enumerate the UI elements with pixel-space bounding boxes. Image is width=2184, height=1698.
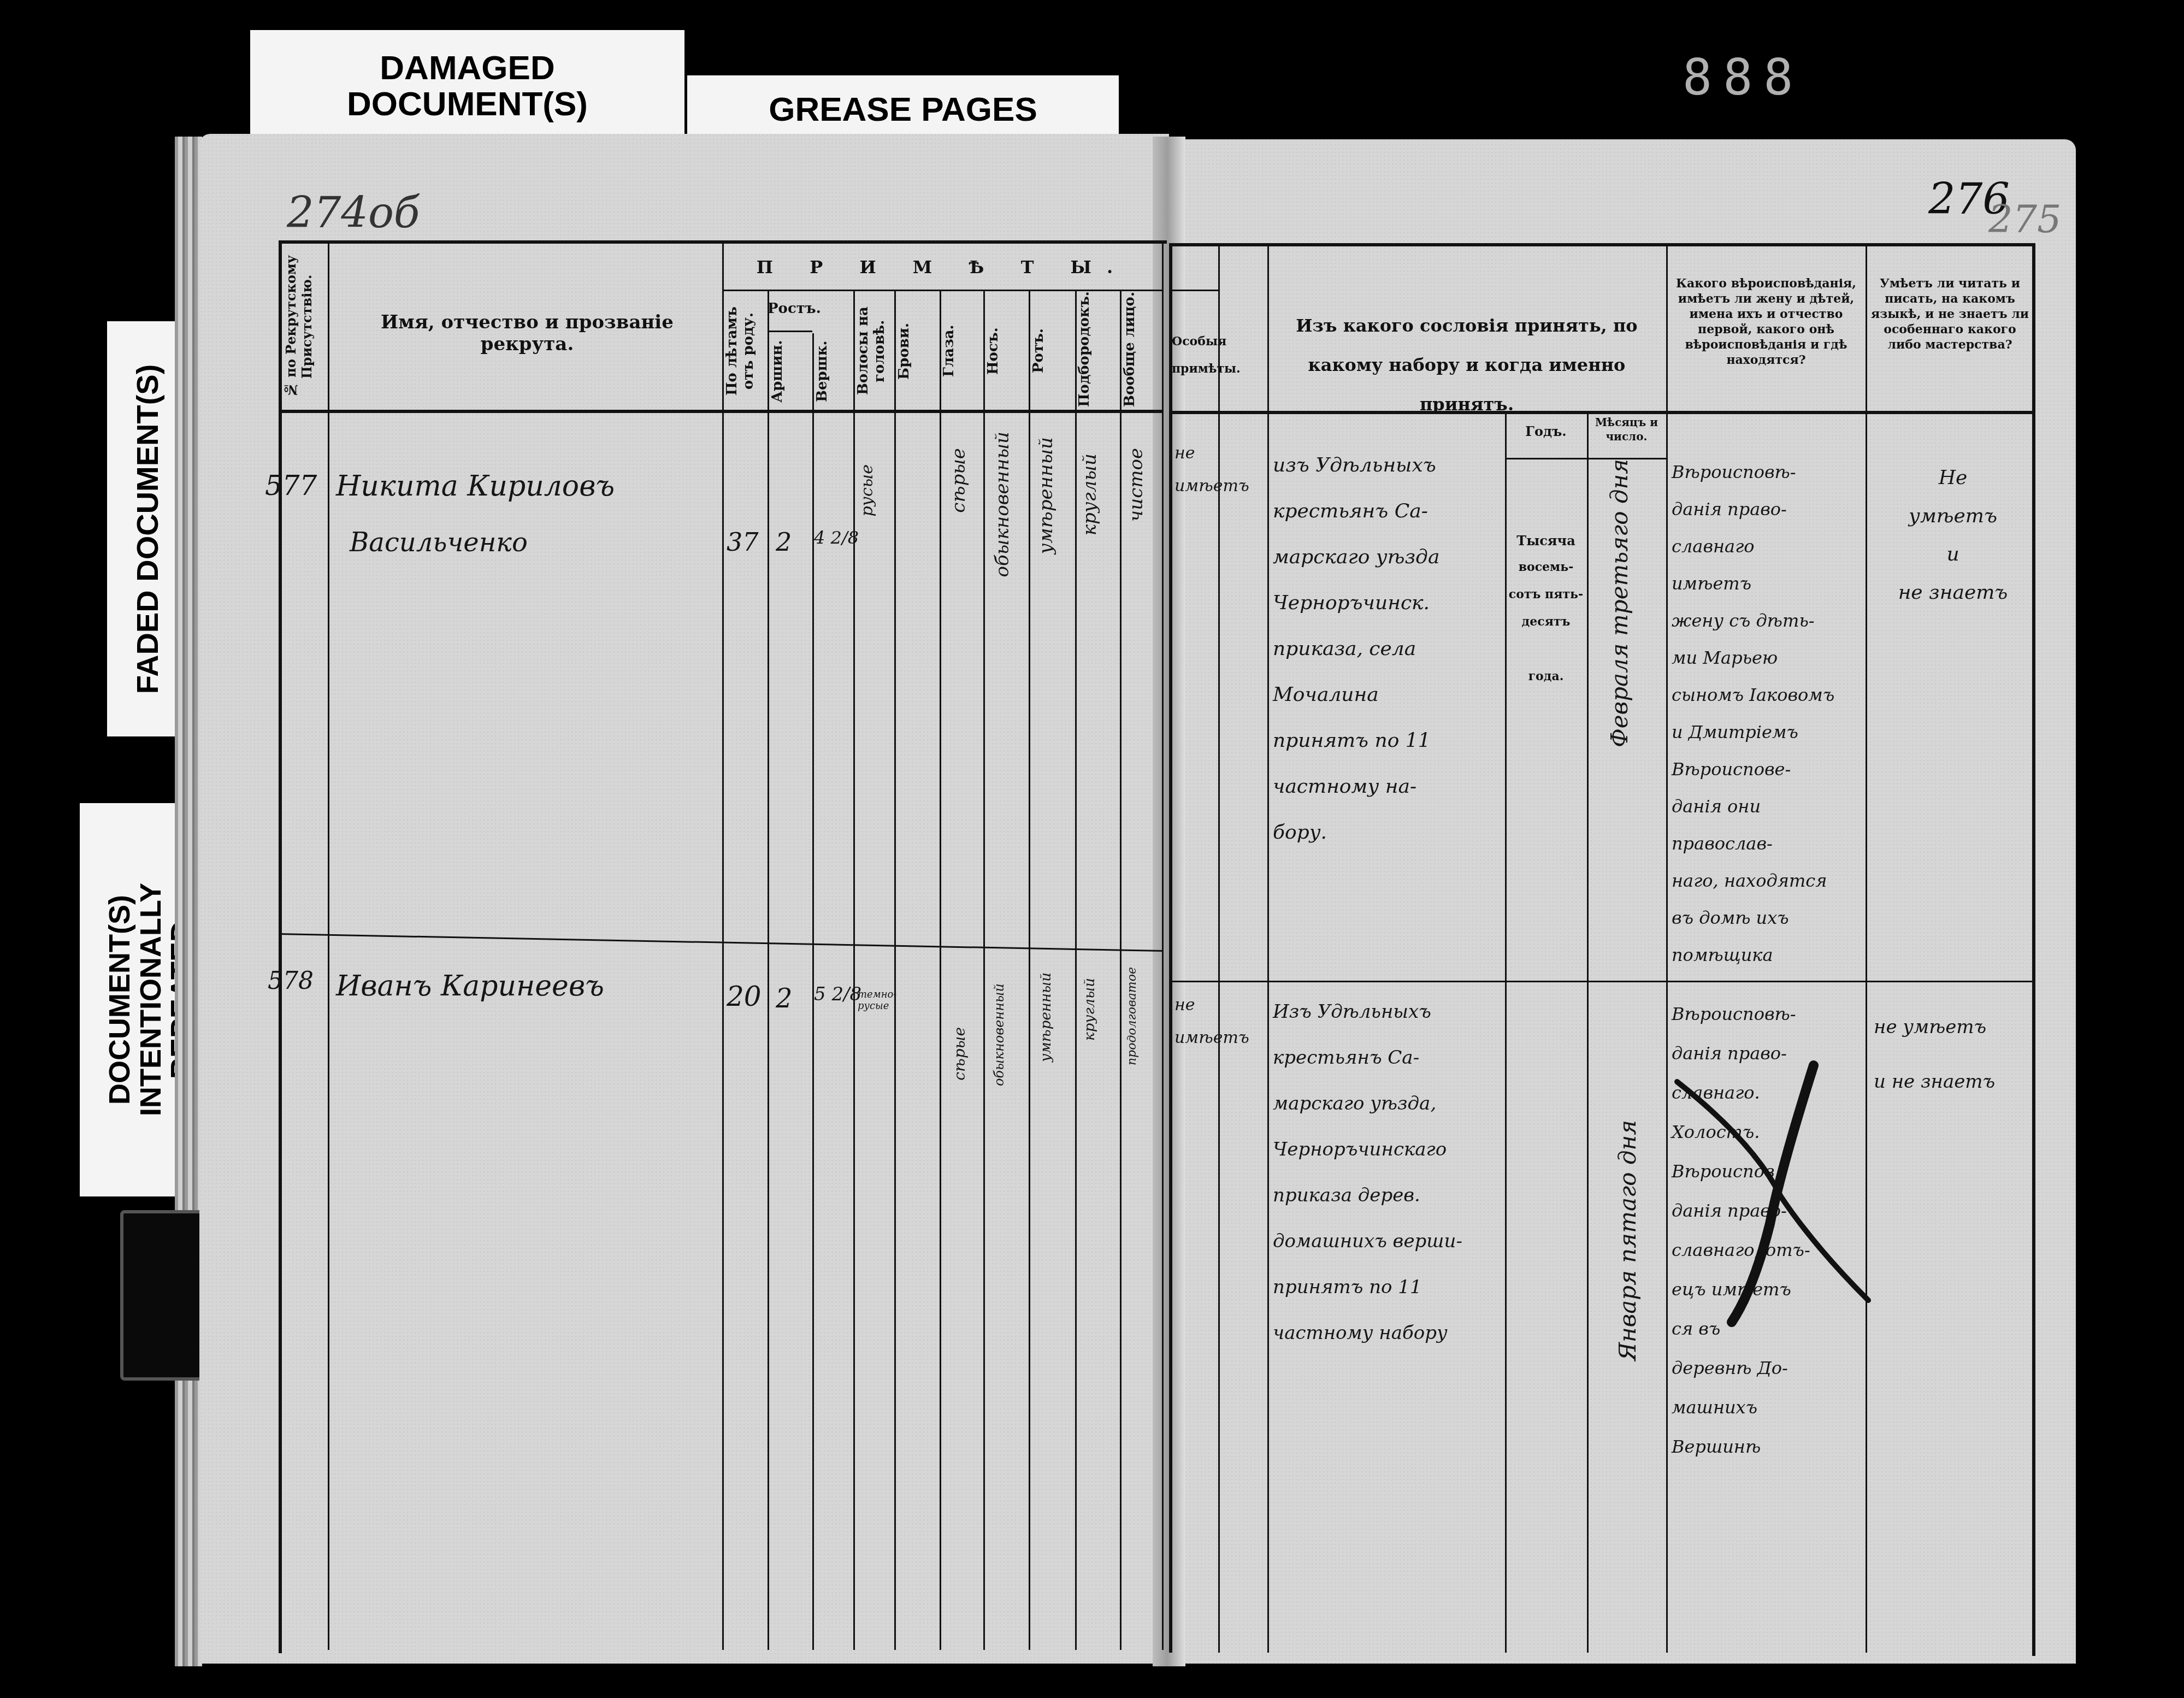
row1-vershok: 4 2/8	[814, 527, 859, 548]
row2-origin: Изъ Удѣльныхъ крестьянъ Са- марскаго уѣз…	[1273, 989, 1502, 1356]
strike-through-x-mark	[1672, 1060, 1890, 1333]
religion-line: помѣщика	[1672, 936, 1863, 974]
header-recruit-number: № по Рекрутскому Присутствію.	[283, 246, 324, 407]
origin-line: принятъ по 11	[1273, 718, 1502, 764]
origin-line: приказа, села	[1273, 626, 1502, 672]
col-divider	[1218, 243, 1220, 1653]
row1-nose: обыкновенный	[991, 432, 1013, 577]
header-age: По лѣтамъ отъ роду.	[724, 295, 766, 407]
header-literacy: Умѣетъ ли читать и писать, на какомъ язы…	[1869, 276, 2030, 352]
year-text-2: восемь-	[1505, 560, 1587, 574]
religion-line: и Дмитріемъ	[1672, 714, 1863, 751]
row1-surname: Васильченко	[350, 527, 528, 558]
origin-line: изъ Удѣльныхъ	[1273, 443, 1502, 488]
header-year: Годъ.	[1505, 423, 1587, 439]
col-divider	[1267, 243, 1269, 1653]
row1-face: чистое	[1125, 448, 1147, 522]
literacy-line: умѣетъ	[1879, 497, 2027, 535]
origin-line: Мочалина	[1273, 672, 1502, 718]
book-page-edges	[175, 137, 202, 1666]
year-text-5: года.	[1505, 669, 1587, 683]
origin-line: крестьянъ Са-	[1273, 1035, 1502, 1081]
origin-line: Черноръчинск.	[1273, 580, 1502, 626]
header-hair: Волосы на головѣ.	[855, 295, 893, 407]
origin-line: Черноръчинскаго	[1273, 1127, 1502, 1172]
col-divider	[940, 290, 941, 1650]
row2-name: Иванъ Каринеевъ	[336, 970, 604, 1003]
row1-age: 37	[727, 527, 759, 557]
row2-special-signs: не имѣетъ	[1174, 989, 1218, 1054]
damaged-documents-placard: DAMAGED DOCUMENT(S)	[250, 30, 684, 142]
header-height: Ростъ.	[768, 300, 812, 317]
literacy-line: и	[1879, 535, 2027, 574]
header-vershok: Вершк.	[814, 336, 852, 407]
year-text-3: сотъ пять-	[1505, 587, 1587, 602]
origin-line: марскаго уѣзда	[1273, 534, 1502, 580]
religion-line: данія они	[1672, 788, 1863, 825]
row1-special-signs: не имѣетъ	[1174, 437, 1218, 503]
row1-month-day: Февраля третьяго дня	[1606, 459, 1633, 747]
row1-origin: изъ Удѣльныхъ крестьянъ Са- марскаго уѣз…	[1273, 443, 1502, 856]
religion-line: ми Марьею	[1672, 639, 1863, 676]
year-text-4: десятъ	[1505, 615, 1587, 629]
year-subheader-rule	[1505, 458, 1666, 459]
header-religion-family: Какого вѣроисповѣданія, имѣетъ ли жену и…	[1671, 276, 1862, 368]
religion-line: имѣетъ	[1672, 565, 1863, 602]
religion-line: православ-	[1672, 825, 1863, 862]
religion-line: машнихъ	[1672, 1388, 1863, 1427]
row1-number: 577	[265, 470, 317, 502]
col-divider	[1169, 243, 1172, 1653]
row2-age: 20	[727, 981, 762, 1012]
col-divider	[894, 290, 896, 1650]
row2-vershok: 5 2/8	[814, 983, 861, 1005]
row1-arshin: 2	[776, 527, 792, 557]
col-divider	[328, 240, 329, 1650]
header-nose: Носъ.	[985, 295, 1028, 407]
header-arshin: Аршин.	[769, 336, 810, 407]
origin-line: приказа дерев.	[1273, 1172, 1502, 1218]
row2-eyes: сѣрые	[951, 1027, 969, 1081]
col-divider	[722, 240, 724, 1650]
religion-line: Вершинѣ	[1672, 1427, 1863, 1466]
col-divider	[1666, 243, 1668, 1653]
religion-line: жену съ дѣть-	[1672, 602, 1863, 639]
origin-line: Изъ Удѣльныхъ	[1273, 989, 1502, 1035]
col-divider	[1162, 240, 1164, 1650]
row1-hair: русые	[858, 464, 877, 517]
row2-mouth: умѣренный	[1038, 972, 1054, 1062]
literacy-line: и не знаетъ	[1874, 1054, 2032, 1109]
origin-line: крестьянъ Са-	[1273, 488, 1502, 534]
row1-name: Никита Кириловъ	[336, 470, 615, 503]
origin-line: бору.	[1273, 810, 1502, 856]
header-face: Вообще лицо.	[1121, 295, 1161, 407]
row-divider	[1169, 981, 2032, 982]
signs-subheader-rule	[722, 290, 1162, 291]
col-divider	[1587, 412, 1589, 1653]
religion-line: Вѣроисповѣ-	[1672, 994, 1863, 1034]
literacy-line: не знаетъ	[1879, 574, 2027, 612]
religion-line: Вѣроисповѣ-	[1672, 453, 1863, 491]
left-header-bottom-rule	[279, 410, 1164, 413]
row2-face: продолговатое	[1125, 967, 1139, 1065]
religion-line: деревнѣ До-	[1672, 1348, 1863, 1388]
origin-line: частному на-	[1273, 764, 1502, 810]
placard-label: GREASE PAGES	[769, 92, 1037, 127]
right-folio-old-number: 275	[1988, 197, 2062, 241]
placard-label: FADED DOCUMENT(S)	[132, 364, 164, 694]
col-divider	[853, 290, 855, 1650]
row1-mouth: умѣренный	[1035, 437, 1057, 554]
left-folio-number: 274об	[287, 188, 420, 238]
row2-arshin: 2	[776, 983, 793, 1014]
header-month-day: Мѣсяцъ и число.	[1587, 415, 1666, 444]
frame-number: 888	[1683, 49, 1804, 107]
placard-label: DAMAGED DOCUMENT(S)	[315, 50, 621, 121]
row2-chin: круглый	[1082, 978, 1098, 1041]
origin-line: принятъ по 11	[1273, 1264, 1502, 1310]
origin-line: домашнихъ верши-	[1273, 1218, 1502, 1264]
col-divider	[768, 290, 769, 1650]
col-divider	[1029, 290, 1030, 1650]
row2-hair: темно-русые	[858, 989, 893, 1012]
religion-line: славнаго	[1672, 528, 1863, 565]
row2-number: 578	[268, 967, 314, 995]
col-divider	[1866, 243, 1867, 1653]
header-mouth: Ротъ.	[1030, 295, 1074, 407]
header-special-signs: Особыя примѣты.	[1172, 328, 1220, 382]
header-brows: Брови.	[896, 295, 938, 407]
religion-line: сыномъ Іаковомъ	[1672, 676, 1863, 714]
height-subheader-rule	[768, 331, 812, 332]
row2-literacy: не умѣетъ и не знаетъ	[1874, 1000, 2032, 1109]
row1-literacy: Не умѣетъ и не знаетъ	[1879, 459, 2027, 612]
col-divider	[1075, 290, 1077, 1650]
religion-line: данія право-	[1672, 491, 1863, 528]
religion-line: Вѣроиспове-	[1672, 751, 1863, 788]
origin-line: частному набору	[1273, 1310, 1502, 1356]
literacy-line: Не	[1879, 459, 2027, 497]
special-signs-rule	[1169, 290, 1218, 291]
col-divider	[1120, 290, 1121, 1650]
row2-nose: обыкновенный	[991, 983, 1007, 1086]
row1-eyes: сѣрые	[948, 448, 970, 513]
header-eyes: Глаза.	[941, 295, 982, 407]
row2-month-day: Января пятаго дня	[1614, 1120, 1641, 1361]
header-recruit-name: Имя, отчество и прозваніе рекрута.	[333, 311, 721, 355]
literacy-line: не умѣетъ	[1874, 1000, 2032, 1054]
year-text-1: Тысяча	[1505, 533, 1587, 549]
religion-line: наго, находятся	[1672, 862, 1863, 899]
header-chin: Подбородокъ.	[1076, 295, 1119, 407]
origin-line: марскаго уѣзда,	[1273, 1081, 1502, 1127]
header-signs: П Р И М Ѣ Т Ы.	[727, 257, 1158, 278]
row1-religion-family: Вѣроисповѣ- данія право- славнаго имѣетъ…	[1672, 453, 1863, 974]
col-divider	[983, 290, 985, 1650]
row1-chin: круглый	[1079, 453, 1101, 535]
header-origin: Изъ какого сословія принять, по какому н…	[1273, 306, 1661, 424]
religion-line: въ домѣ ихъ	[1672, 899, 1863, 936]
